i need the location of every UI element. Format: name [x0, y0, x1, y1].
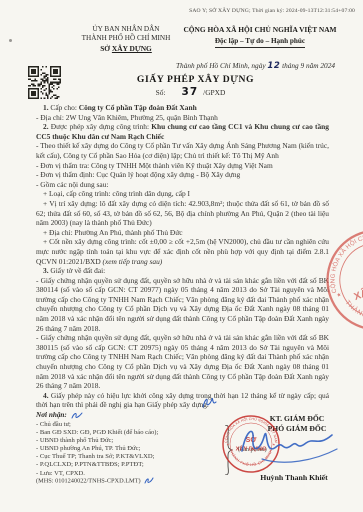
paragraph: + Vị trí xây dựng: lô đất xây dựng có di…: [36, 199, 329, 228]
paragraph: - Đơn vị thẩm định: Cục Quản lý hoạt độn…: [36, 170, 329, 180]
recipient-item: - P.QLCLXD; P.PTN&TTBĐS; P.PTĐT;: [36, 461, 226, 469]
paragraph: + Loại, cấp công trình: công trình dân d…: [36, 189, 329, 199]
document-page: SAO Y; SỞ XÂY DỰNG; Thời gian ký: 2024-0…: [0, 0, 363, 512]
dateline: Thành phố Hồ Chí Minh, ngày 12 tháng 9 n…: [176, 61, 335, 71]
recipient-item: - Ban GĐ SXD: GĐ, PGĐ Khiết (để báo cáo)…: [36, 429, 226, 437]
seal-star-left: ★: [227, 443, 230, 447]
paragraph: - Địa chỉ: 2W Ung Văn Khiêm, Phường 25, …: [36, 113, 329, 123]
recipients-list: - Chủ đầu tư;- Ban GĐ SXD: GĐ, PGĐ Khiết…: [36, 421, 226, 478]
scan-artifact-dot: [9, 39, 12, 42]
recipients-label: Nơi nhận:: [36, 411, 83, 420]
seal-star-left: ★: [336, 292, 343, 299]
number-label: Số:: [156, 88, 166, 97]
handwritten-tick-mark: [144, 477, 154, 485]
recipient-item: - UBND thành phố Thủ Đức;: [36, 437, 226, 445]
paragraph: 2. Được phép xây dựng công trình: Khu ch…: [36, 122, 329, 141]
paragraph: 3. Giấy tờ về đất đai:: [36, 266, 329, 276]
seal-center-line2: XÂY DỰNG: [352, 272, 363, 303]
paragraph: - Gồm các nội dung sau:: [36, 180, 329, 190]
document-title: GIẤY PHÉP XÂY DỰNG: [0, 74, 363, 85]
handwritten-initials-mark: [201, 396, 217, 409]
digital-copy-certify-line: SAO Y; SỞ XÂY DỰNG; Thời gian ký: 2024-0…: [189, 8, 355, 14]
permit-number: 37: [182, 86, 199, 98]
recipient-item: - Chủ đầu tư;: [36, 421, 226, 429]
document-body: 1. Cấp cho: Công ty Cổ phần Tập đoàn Đất…: [36, 103, 329, 410]
paragraph: - Giấy chứng nhận quyền sử dụng đất, quy…: [36, 333, 329, 391]
paragraph: + Địa chỉ: Phường An Phú, thành phố Thủ …: [36, 228, 329, 238]
handwritten-check-mark: [71, 411, 83, 420]
national-header-block: CỘNG HÒA XÃ HỘI CHỦ NGHĨA VIỆT NAM Độc l…: [172, 25, 348, 48]
paragraph: - Đơn vị thẩm tra: Công ty TNHH Một thàn…: [36, 161, 329, 171]
recipient-item: - UBND phường An Phú, TP. Thủ Đức;: [36, 445, 226, 453]
paragraph: 1. Cấp cho: Công ty Cổ phần Tập đoàn Đất…: [36, 103, 329, 113]
paragraph: + Cốt nền xây dựng công trình: cốt ±0,00…: [36, 237, 329, 266]
paragraph: 4. Giấy phép này có hiệu lực khởi công x…: [36, 391, 329, 410]
document-number-line: Số:37/GPXD: [0, 86, 363, 98]
national-motto: Độc lập – Tự do – Hạnh phúc: [172, 34, 348, 48]
number-suffix: /GPXD: [203, 88, 225, 97]
recipient-item: - Cục Thuế TP; Thanh tra Sở; P.KT&VLXD;: [36, 453, 226, 461]
paragraph: - Theo thiết kế xây dựng do Công ty Cổ p…: [36, 141, 329, 160]
signature: [234, 413, 340, 469]
national-title: CỘNG HÒA XÃ HỘI CHỦ NGHĨA VIỆT NAM: [172, 25, 348, 34]
paragraph: - Giấy chứng nhận quyền sử dụng đất, quy…: [36, 276, 329, 334]
mhs-reference: (MHS: 0101240022/TNHS-CPXD.LMT): [36, 477, 154, 485]
signer-name: Huỳnh Thanh Khiết: [238, 473, 350, 482]
